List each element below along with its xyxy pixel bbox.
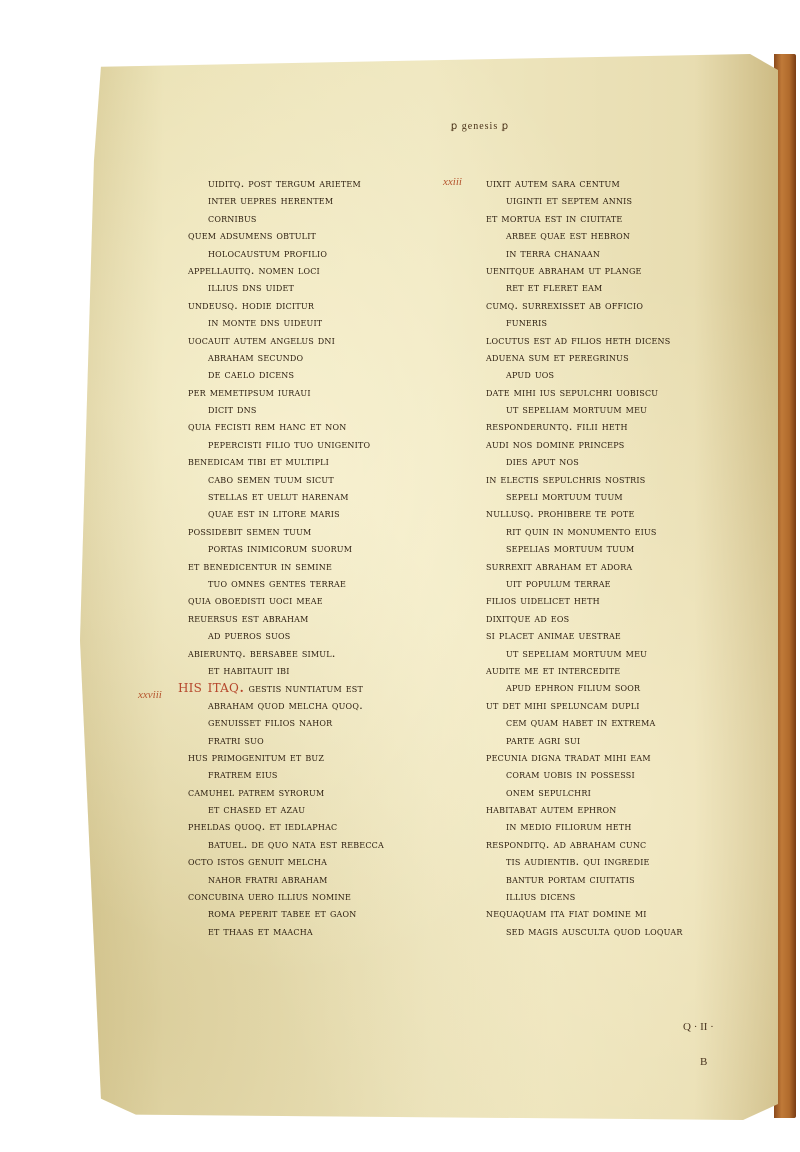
right-column-line: coram uobis in possessi: [486, 766, 776, 783]
left-column-line: cornibus: [188, 210, 478, 227]
left-column-line: concubina uero illius nomine: [188, 888, 478, 905]
right-column-line: uit populum terrae: [486, 575, 776, 592]
line-text: tis audientib. qui ingredie: [506, 854, 650, 868]
left-column-line: octo istos genuit melcha: [188, 853, 478, 870]
line-text: surrexit abraham et adora: [486, 559, 632, 573]
left-column-line: quae est in litore maris: [188, 505, 478, 522]
line-text: in medio filiorum heth: [506, 819, 632, 833]
line-text: gestis nuntiatum est: [249, 681, 364, 695]
line-text: abieruntq. bersabee simul.: [188, 646, 336, 660]
right-column-line: et mortua est in ciuitate: [486, 210, 776, 227]
right-column-line: ut det mihi speluncam dupli: [486, 697, 776, 714]
line-text: parte agri sui: [506, 733, 580, 747]
line-text: sed magis ausculta quod loquar: [506, 924, 683, 938]
left-column-line: quia oboedisti uoci meae: [188, 592, 478, 609]
line-text: illius dicens: [506, 889, 575, 903]
left-column-line: reuersus est abraham: [188, 610, 478, 627]
line-text: responditq. ad abraham cunc: [486, 837, 646, 851]
rubricated-initial: His itaq.: [178, 677, 245, 697]
line-text: et mortua est in ciuitate: [486, 211, 622, 225]
left-column-line: fratri suo: [188, 732, 478, 749]
line-text: in monte dns uideuit: [208, 315, 322, 329]
left-column-line: in monte dns uideuit: [188, 314, 478, 331]
line-text: holocaustum profilio: [208, 246, 327, 260]
left-column-line: abraham secundo: [188, 349, 478, 366]
left-column-line: His itaq. gestis nuntiatum est: [178, 679, 478, 696]
line-text: ut sepeliam mortuum meu: [506, 402, 647, 416]
line-text: per memetipsum iuraui: [188, 385, 311, 399]
folio-mark: B: [700, 1056, 707, 1068]
line-text: date mihi ius sepulchri uobiscu: [486, 385, 658, 399]
left-column-line: camuhel patrem syrorum: [188, 784, 478, 801]
line-text: inter uepres herentem: [208, 193, 333, 207]
line-text: abraham quod melcha quoq.: [208, 698, 363, 712]
left-column-line: uiditq. post tergum arietem: [188, 175, 478, 192]
line-text: et chased et azau: [208, 802, 305, 816]
line-text: ad pueros suos: [208, 628, 290, 642]
left-text-column: uiditq. post tergum arieteminter uepres …: [188, 175, 478, 940]
right-column-line: uenitque abraham ut plange: [486, 262, 776, 279]
line-text: uenitque abraham ut plange: [486, 263, 642, 277]
line-text: reuersus est abraham: [188, 611, 309, 625]
line-text: de caelo dicens: [208, 367, 294, 381]
right-column-line: audi nos domine princeps: [486, 436, 776, 453]
line-text: uiditq. post tergum arietem: [208, 176, 361, 190]
line-text: fratrem eius: [208, 767, 278, 781]
line-text: octo istos genuit melcha: [188, 854, 327, 868]
left-column-line: pheldas quoq. et iedlaphac: [188, 818, 478, 835]
line-text: benedicam tibi et multipli: [188, 454, 329, 468]
left-column-line: benedicam tibi et multipli: [188, 453, 478, 470]
left-column-line: et benedicentur in semine: [188, 558, 478, 575]
left-column-line: hus primogenitum et buz: [188, 749, 478, 766]
left-column-line: per memetipsum iuraui: [188, 384, 478, 401]
line-text: ret et fleret eam: [506, 280, 602, 294]
left-column-line: stellas et uelut harenam: [188, 488, 478, 505]
right-column-line: rit quin in monumento eius: [486, 523, 776, 540]
line-text: habitabat autem ephron: [486, 802, 616, 816]
line-text: illius dns uidet: [208, 280, 294, 294]
line-text: uiginti et septem annis: [506, 193, 632, 207]
right-text-column: uixit autem sara centumuiginti et septem…: [486, 175, 776, 940]
right-column-line: uixit autem sara centum: [486, 175, 776, 192]
line-text: in terra chanaan: [506, 246, 600, 260]
right-column-line: aduena sum et peregrinus: [486, 349, 776, 366]
line-text: coram uobis in possessi: [506, 767, 635, 781]
line-text: et habitauit ibi: [208, 663, 290, 677]
left-column-line: quem adsumens obtulit: [188, 227, 478, 244]
line-text: uit populum terrae: [506, 576, 611, 590]
right-column-line: in medio filiorum heth: [486, 818, 776, 835]
left-column-line: et thaas et maacha: [188, 923, 478, 940]
right-column-line: cumq. surrexisset ab officio: [486, 297, 776, 314]
line-text: onem sepulchri: [506, 785, 591, 799]
line-text: batuel. de quo nata est rebecca: [208, 837, 384, 851]
line-text: dicit dns: [208, 402, 257, 416]
line-text: cem quam habet in extrema: [506, 715, 655, 729]
right-column-line: nullusq. prohibere te pote: [486, 505, 776, 522]
right-column-line: dixitque ad eos: [486, 610, 776, 627]
left-column-line: quia fecisti rem hanc et non: [188, 418, 478, 435]
left-column-line: ad pueros suos: [188, 627, 478, 644]
line-text: dixitque ad eos: [486, 611, 569, 625]
line-text: nahor fratri abraham: [208, 872, 327, 886]
left-column-line: fratrem eius: [188, 766, 478, 783]
line-text: portas inimicorum suorum: [208, 541, 352, 555]
right-column-line: habitabat autem ephron: [486, 801, 776, 818]
line-text: aduena sum et peregrinus: [486, 350, 629, 364]
left-column-line: inter uepres herentem: [188, 192, 478, 209]
line-text: in electis sepulchris nostris: [486, 472, 645, 486]
line-text: nequaquam ita fiat domine mi: [486, 906, 647, 920]
line-text: cumq. surrexisset ab officio: [486, 298, 643, 312]
left-column-line: possidebit semen tuum: [188, 523, 478, 540]
left-column-line: abieruntq. bersabee simul.: [188, 645, 478, 662]
line-text: roma peperit tabee et gaon: [208, 906, 356, 920]
right-column-line: parte agri sui: [486, 732, 776, 749]
right-column-line: dies aput nos: [486, 453, 776, 470]
line-text: hus primogenitum et buz: [188, 750, 324, 764]
line-text: ut det mihi speluncam dupli: [486, 698, 640, 712]
right-column-line: tis audientib. qui ingredie: [486, 853, 776, 870]
line-text: responderuntq. filii heth: [486, 419, 628, 433]
line-text: abraham secundo: [208, 350, 303, 364]
right-column-line: apud ephron filium soor: [486, 679, 776, 696]
line-text: possidebit semen tuum: [188, 524, 311, 538]
left-column-line: de caelo dicens: [188, 366, 478, 383]
line-text: dies aput nos: [506, 454, 579, 468]
right-column-line: nequaquam ita fiat domine mi: [486, 905, 776, 922]
right-column-line: sepeli mortuum tuum: [486, 488, 776, 505]
right-column-line: bantur portam ciuitatis: [486, 871, 776, 888]
right-column-line: surrexit abraham et adora: [486, 558, 776, 575]
right-column-line: cem quam habet in extrema: [486, 714, 776, 731]
line-text: nullusq. prohibere te pote: [486, 506, 635, 520]
line-text: sepeli mortuum tuum: [506, 489, 623, 503]
left-column-line: tuo omnes gentes terrae: [188, 575, 478, 592]
line-text: et thaas et maacha: [208, 924, 313, 938]
line-text: sepelias mortuum tuum: [506, 541, 634, 555]
line-text: locutus est ad filios heth dicens: [486, 333, 670, 347]
right-column-line: locutus est ad filios heth dicens: [486, 332, 776, 349]
line-text: funeris: [506, 315, 547, 329]
right-column-line: filios uidelicet heth: [486, 592, 776, 609]
right-column-line: audite me et intercedite: [486, 662, 776, 679]
line-text: cabo semen tuum sicut: [208, 472, 334, 486]
line-text: audite me et intercedite: [486, 663, 620, 677]
right-column-line: apud uos: [486, 366, 776, 383]
left-column-line: cabo semen tuum sicut: [188, 471, 478, 488]
right-column-line: ut sepeliam mortuum meu: [486, 645, 776, 662]
line-text: uixit autem sara centum: [486, 176, 620, 190]
left-column-line: illius dns uidet: [188, 279, 478, 296]
line-text: concubina uero illius nomine: [188, 889, 351, 903]
right-column-line: responditq. ad abraham cunc: [486, 836, 776, 853]
line-text: camuhel patrem syrorum: [188, 785, 324, 799]
line-text: fratri suo: [208, 733, 264, 747]
right-column-line: in electis sepulchris nostris: [486, 471, 776, 488]
right-column-line: onem sepulchri: [486, 784, 776, 801]
line-text: bantur portam ciuitatis: [506, 872, 635, 886]
line-text: si placet animae uestrae: [486, 628, 621, 642]
right-column-line: date mihi ius sepulchri uobiscu: [486, 384, 776, 401]
line-text: rit quin in monumento eius: [506, 524, 657, 538]
line-text: genuisset filios nahor: [208, 715, 332, 729]
line-text: apud uos: [506, 367, 554, 381]
line-text: quem adsumens obtulit: [188, 228, 316, 242]
line-text: stellas et uelut harenam: [208, 489, 349, 503]
line-text: quia fecisti rem hanc et non: [188, 419, 346, 433]
left-column-line: et chased et azau: [188, 801, 478, 818]
line-text: undeusq. hodie dicitur: [188, 298, 314, 312]
line-text: ut sepeliam mortuum meu: [506, 646, 647, 660]
line-text: appellauitq. nomen loci: [188, 263, 320, 277]
line-text: pheldas quoq. et iedlaphac: [188, 819, 337, 833]
right-column-line: arbee quae est hebron: [486, 227, 776, 244]
line-text: uocauit autem angelus dni: [188, 333, 335, 347]
chapter-number-left: xxviii: [138, 689, 162, 701]
right-column-line: illius dicens: [486, 888, 776, 905]
line-text: quia oboedisti uoci meae: [188, 593, 323, 607]
left-column-line: batuel. de quo nata est rebecca: [188, 836, 478, 853]
line-text: tuo omnes gentes terrae: [208, 576, 346, 590]
line-text: pepercisti filio tuo unigenito: [208, 437, 370, 451]
right-column-line: si placet animae uestrae: [486, 627, 776, 644]
line-text: et benedicentur in semine: [188, 559, 332, 573]
left-column-line: undeusq. hodie dicitur: [188, 297, 478, 314]
right-column-line: pecunia digna tradat mihi eam: [486, 749, 776, 766]
line-text: cornibus: [208, 211, 257, 225]
line-text: filios uidelicet heth: [486, 593, 600, 607]
right-column-line: uiginti et septem annis: [486, 192, 776, 209]
quire-mark: Q · II ·: [683, 1021, 714, 1033]
right-column-line: in terra chanaan: [486, 245, 776, 262]
left-column-line: pepercisti filio tuo unigenito: [188, 436, 478, 453]
left-column-line: dicit dns: [188, 401, 478, 418]
line-text: apud ephron filium soor: [506, 680, 640, 694]
left-column-line: appellauitq. nomen loci: [188, 262, 478, 279]
line-text: pecunia digna tradat mihi eam: [486, 750, 651, 764]
left-column-line: nahor fratri abraham: [188, 871, 478, 888]
line-text: quae est in litore maris: [208, 506, 340, 520]
left-column-line: portas inimicorum suorum: [188, 540, 478, 557]
right-column-line: funeris: [486, 314, 776, 331]
right-column-line: sepelias mortuum tuum: [486, 540, 776, 557]
left-column-line: roma peperit tabee et gaon: [188, 905, 478, 922]
line-text: audi nos domine princeps: [486, 437, 624, 451]
right-column-line: ut sepeliam mortuum meu: [486, 401, 776, 418]
left-column-line: holocaustum profilio: [188, 245, 478, 262]
left-column-line: abraham quod melcha quoq.: [188, 697, 478, 714]
line-text: arbee quae est hebron: [506, 228, 630, 242]
right-column-line: responderuntq. filii heth: [486, 418, 776, 435]
running-head: ꝑ genesis ꝑ: [420, 121, 540, 132]
left-column-line: uocauit autem angelus dni: [188, 332, 478, 349]
left-column-line: genuisset filios nahor: [188, 714, 478, 731]
right-column-line: ret et fleret eam: [486, 279, 776, 296]
right-column-line: sed magis ausculta quod loquar: [486, 923, 776, 940]
